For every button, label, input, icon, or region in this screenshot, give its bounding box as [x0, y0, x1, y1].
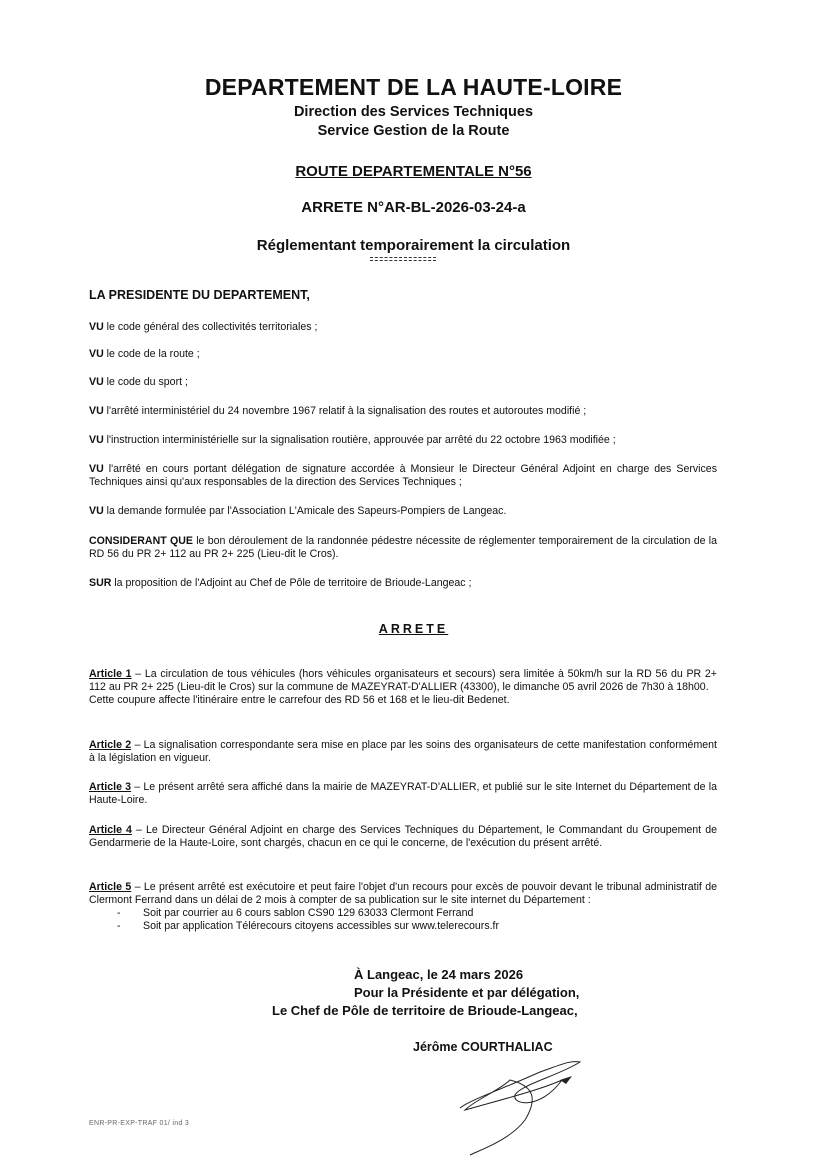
- recourse-telerecours: Soit par application Télérecours citoyen…: [117, 920, 717, 933]
- article-1: Article 1 – La circulation de tous véhic…: [89, 668, 717, 707]
- visa-1: VU le code général des collectivités ter…: [89, 321, 717, 334]
- subject-heading: Réglementant temporairement la circulati…: [0, 237, 827, 254]
- sur-proposition: SUR la proposition de l'Adjoint au Chef …: [89, 577, 717, 590]
- handwritten-signature: [440, 1060, 600, 1160]
- direction-name: Direction des Services Techniques: [0, 104, 827, 120]
- considerant: CONSIDERANT QUE le bon déroulement de la…: [89, 535, 717, 561]
- document-reference: ENR-PR-EXP-TRAF 01/ ind 3: [89, 1120, 189, 1127]
- recourse-list: Soit par courrier au 6 cours sablon CS90…: [117, 907, 717, 933]
- visa-2: VU le code de la route ;: [89, 348, 717, 361]
- visa-5: VU l'instruction interministérielle sur …: [89, 434, 717, 447]
- recourse-mail: Soit par courrier au 6 cours sablon CS90…: [117, 907, 717, 920]
- department-title: DEPARTEMENT DE LA HAUTE-LOIRE: [0, 74, 827, 101]
- article-3: Article 3 – Le présent arrêté sera affic…: [89, 781, 717, 807]
- visa-4: VU l'arrêté interministériel du 24 novem…: [89, 405, 717, 418]
- article-1-label: Article 1: [89, 668, 132, 680]
- service-name: Service Gestion de la Route: [0, 123, 827, 139]
- delegation: Pour la Présidente et par délégation,: [354, 984, 579, 1002]
- signatory-role: Le Chef de Pôle de territoire de Brioude…: [272, 1002, 578, 1020]
- article-1-extra: Cette coupure affecte l'itinéraire entre…: [89, 694, 510, 706]
- article-4: Article 4 – Le Directeur Général Adjoint…: [89, 824, 717, 850]
- visa-3: VU le code du sport ;: [89, 376, 717, 389]
- decorative-divider: [370, 257, 436, 261]
- signatory-name: Jérôme COURTHALIAC: [413, 1038, 553, 1056]
- authority-heading: LA PRESIDENTE DU DEPARTEMENT,: [89, 289, 717, 302]
- arrete-heading: ARRETE: [0, 622, 827, 636]
- route-label: ROUTE DEPARTEMENTALE N°56: [295, 163, 531, 180]
- route-heading: ROUTE DEPARTEMENTALE N°56: [0, 163, 827, 180]
- visa-6: VU l'arrêté en cours portant délégation …: [89, 463, 717, 489]
- arrete-number: ARRETE N°AR-BL-2026-03-24-a: [0, 199, 827, 216]
- article-5: Article 5 – Le présent arrêté est exécut…: [89, 881, 717, 933]
- visa-7: VU la demande formulée par l'Association…: [89, 505, 717, 518]
- article-2: Article 2 – La signalisation corresponda…: [89, 739, 717, 765]
- place-date: À Langeac, le 24 mars 2026: [354, 966, 523, 984]
